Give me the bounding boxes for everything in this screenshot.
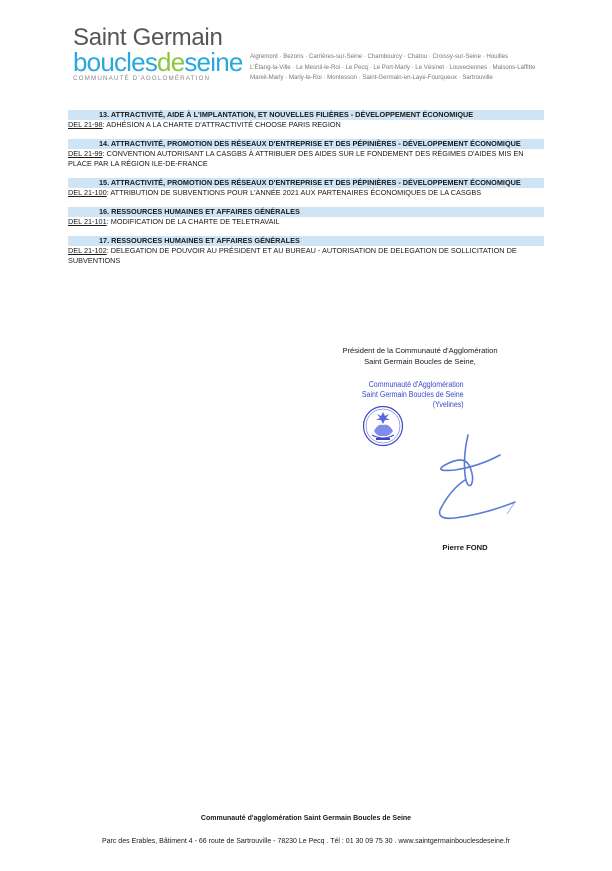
signatory-role: Président de la Communauté d'Agglomérati… [300, 345, 540, 367]
deliberation-text: : MODIFICATION DE LA CHARTE DE TELETRAVA… [107, 217, 280, 226]
organization-logo: Saint Germain bouclesdeseine COMMUNAUTÉ … [73, 26, 253, 82]
official-seal-icon [362, 405, 404, 447]
stamp-line: Saint Germain Boucles de Seine [358, 390, 464, 400]
logo-word-seine: seine [184, 47, 242, 77]
section-15: 15. ATTRACTIVITÉ, PROMOTION DES RÉSEAUX … [68, 178, 544, 198]
section-title: 14. ATTRACTIVITÉ, PROMOTION DES RÉSEAUX … [68, 139, 544, 149]
logo-wordmark: bouclesdeseine [73, 50, 253, 74]
deliberation-item: DEL 21-100: ATTRIBUTION DE SUBVENTIONS P… [68, 188, 544, 198]
footer-organization: Communauté d'agglomération Saint Germain… [0, 815, 612, 822]
deliberation-ref: DEL 21-100 [68, 188, 107, 197]
deliberation-item: DEL 21-102: DELEGATION DE POUVOIR AU PRÉ… [68, 246, 544, 266]
deliberations-list: 13. ATTRACTIVITÉ, AIDE À L'IMPLANTATION,… [68, 110, 544, 275]
deliberation-text: : ATTRIBUTION DE SUBVENTIONS POUR L'ANNÉ… [107, 188, 481, 197]
section-title: 17. RESSOURCES HUMAINES ET AFFAIRES GÉNÉ… [68, 236, 544, 246]
towns-line: Mareil-Marly · Marly-le-Roi · Montesson … [250, 73, 555, 84]
deliberation-ref: DEL 21-101 [68, 217, 107, 226]
section-16: 16. RESSOURCES HUMAINES ET AFFAIRES GÉNÉ… [68, 207, 544, 227]
logo-word-boucles: boucles [73, 47, 157, 77]
section-13: 13. ATTRACTIVITÉ, AIDE À L'IMPLANTATION,… [68, 110, 544, 130]
deliberation-item: DEL 21-98: ADHÉSION A LA CHARTE D'ATTRAC… [68, 120, 544, 130]
towns-line: Aigremont · Bezons · Carrières-sur-Seine… [250, 52, 555, 63]
deliberation-text: : CONVENTION AUTORISANT LA CASGBS À ATTR… [68, 149, 524, 168]
stamp-line: Communauté d'Agglomération [358, 380, 464, 390]
towns-line: L'Étang-la-Ville · Le Mesnil-le-Roi · Le… [250, 63, 555, 74]
section-title: 16. RESSOURCES HUMAINES ET AFFAIRES GÉNÉ… [68, 207, 544, 217]
member-towns: Aigremont · Bezons · Carrières-sur-Seine… [250, 52, 555, 84]
deliberation-ref: DEL 21-98 [68, 120, 103, 129]
deliberation-ref: DEL 21-99 [68, 149, 103, 158]
section-14: 14. ATTRACTIVITÉ, PROMOTION DES RÉSEAUX … [68, 139, 544, 169]
handwritten-signature-icon [425, 430, 525, 530]
role-line: Président de la Communauté d'Agglomérati… [300, 345, 540, 356]
signer-name: Pierre FOND [420, 543, 510, 552]
deliberation-item: DEL 21-99: CONVENTION AUTORISANT LA CASG… [68, 149, 544, 169]
deliberation-item: DEL 21-101: MODIFICATION DE LA CHARTE DE… [68, 217, 544, 227]
role-line: Saint Germain Boucles de Seine, [300, 356, 540, 367]
section-title: 13. ATTRACTIVITÉ, AIDE À L'IMPLANTATION,… [68, 110, 544, 120]
deliberation-text: : DELEGATION DE POUVOIR AU PRÉSIDENT ET … [68, 246, 517, 265]
section-title: 15. ATTRACTIVITÉ, PROMOTION DES RÉSEAUX … [68, 178, 544, 188]
footer-address: Parc des Erables, Bâtiment 4 - 66 route … [0, 838, 612, 845]
deliberation-ref: DEL 21-102 [68, 246, 107, 255]
logo-word-de: de [157, 47, 184, 77]
deliberation-text: : ADHÉSION A LA CHARTE D'ATTRACTIVITÉ CH… [103, 120, 341, 129]
section-17: 17. RESSOURCES HUMAINES ET AFFAIRES GÉNÉ… [68, 236, 544, 266]
